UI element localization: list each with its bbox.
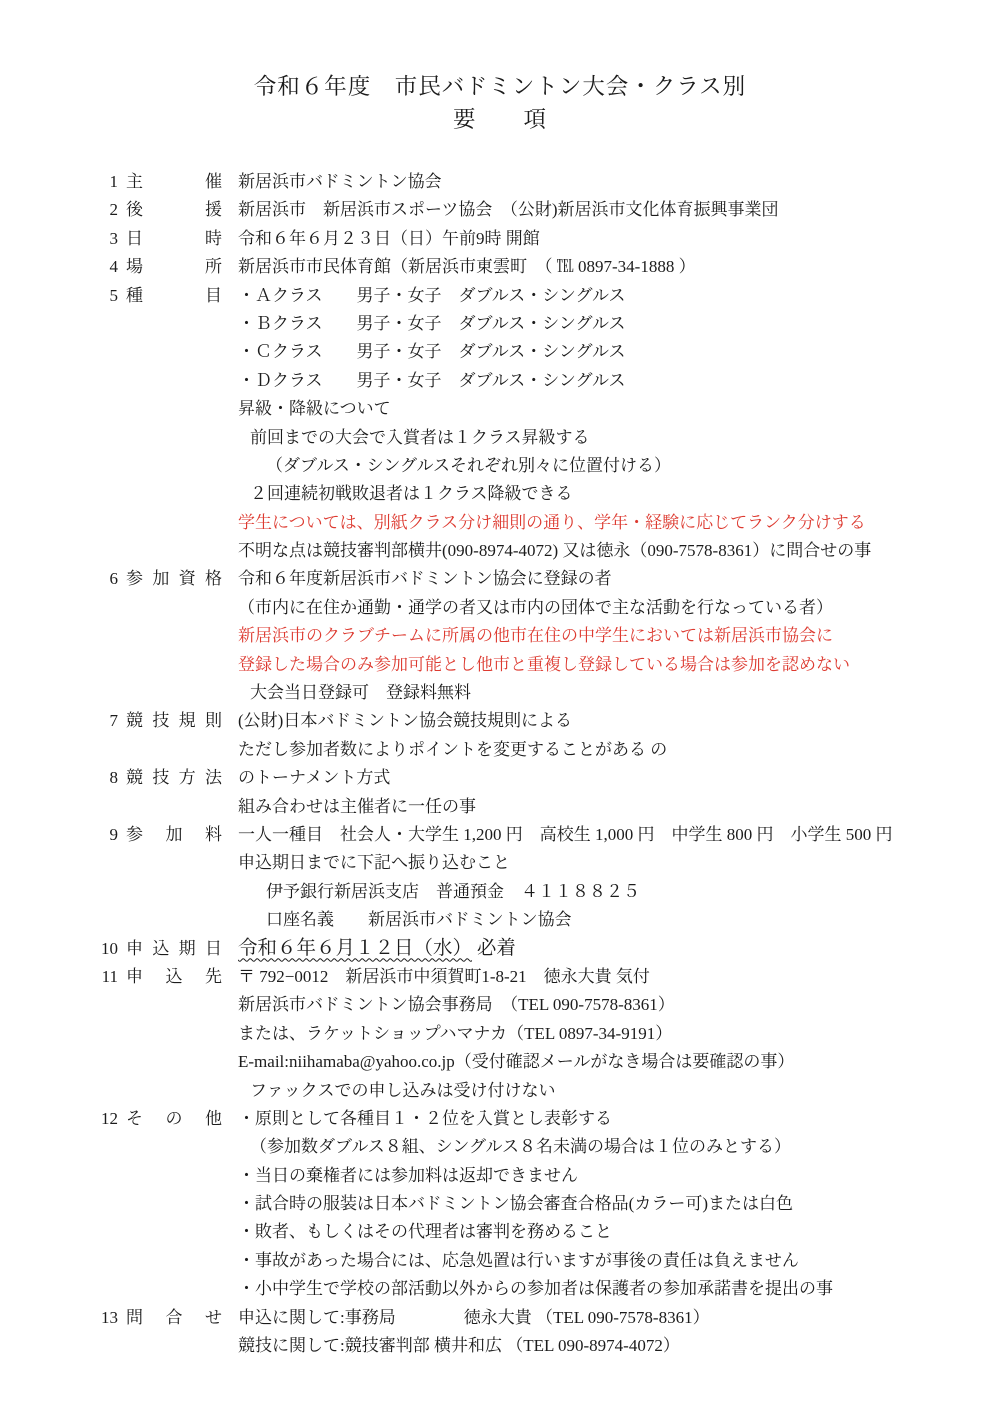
content-line: 口座名義 新居浜市バドミントン協会 [238, 906, 572, 934]
section-row: ・試合時の服装は日本バドミントン協会審査合格品(カラー可)または白色 [0, 1190, 1000, 1218]
section-row: 競技に関して:競技審判部 横井和広 （TEL 090-8974-4072） [0, 1332, 1000, 1360]
content-line: （市内に在住か通勤・通学の者又は市内の団体で主な活動を行なっている者） [238, 594, 833, 622]
section-row: ２回連続初戦敗退者は１クラス降級できる [0, 480, 1000, 508]
section-row: ・当日の棄権者には参加料は返却できません [0, 1162, 1000, 1190]
section-row: 11申込先〒 792−0012 新居浜市中須賀町1-8-21 徳永大貴 気付 [0, 963, 1000, 991]
section-row: 口座名義 新居浜市バドミントン協会 [0, 906, 1000, 934]
content-line: ・当日の棄権者には参加料は返却できません [238, 1162, 578, 1190]
document-page: 令和６年度 市民バドミントン大会・クラス別 要 項 1主催新居浜市バドミントン協… [0, 0, 1000, 1360]
content-line: 令和６年６月１２日（水） 必着 [238, 935, 516, 963]
content-line: 申込期日までに下記へ振り込むこと [238, 849, 510, 877]
section-row: 2後援新居浜市 新居浜市スポーツ協会 （公財)新居浜市文化体育振興事業団 [0, 196, 1000, 224]
section-row: 昇級・降級について [0, 395, 1000, 423]
section-row: 1主催新居浜市バドミントン協会 [0, 168, 1000, 196]
content-line: 新居浜市バドミントン協会 [238, 168, 442, 196]
content-line: 組み合わせは主催者に一任の事 [238, 793, 476, 821]
section-row: （ダブルス・シングルスそれぞれ別々に位置付ける） [0, 452, 1000, 480]
deadline-date-suffix: 必着 [472, 938, 516, 959]
section-row: 6参加資格令和６年度新居浜市バドミントン協会に登録の者 [0, 565, 1000, 593]
content-line: または、ラケットショップハマナカ（TEL 0897-34-9191） [238, 1020, 672, 1048]
content-line: (公財)日本バドミントン協会競技規則による [238, 707, 572, 735]
content-line: 伊予銀行新居浜支店 普通預金 ４１１８８２５ [238, 878, 640, 906]
content-line: 新居浜市 新居浜市スポーツ協会 （公財)新居浜市文化体育振興事業団 [238, 196, 778, 224]
section-row: 9参加料一人一種目 社会人・大学生 1,200 円 高校生 1,000 円 中学… [0, 821, 1000, 849]
content-line: 新居浜市バドミントン協会事務局 （TEL 090-7578-8361） [238, 991, 675, 1019]
section-row: ・小中学生で学校の部活動以外からの参加者は保護者の参加承諾書を提出の事 [0, 1275, 1000, 1303]
section-number: 8 [90, 764, 118, 792]
section-row: 13問合せ申込に関して:事務局 徳永大貴 （TEL 090-7578-8361） [0, 1304, 1000, 1332]
section-row: 12その他・原則として各種目１・２位を入賞とし表彰する [0, 1105, 1000, 1133]
content-line: 新居浜市市民体育館（新居浜市東雲町 （ ℡ 0897-34-1888 ） [238, 253, 696, 281]
content-line: （ダブルス・シングルスそれぞれ別々に位置付ける） [238, 452, 671, 480]
section-label: その他 [126, 1105, 222, 1133]
section-label: 申込先 [126, 963, 222, 991]
content-line: 〒 792−0012 新居浜市中須賀町1-8-21 徳永大貴 気付 [238, 963, 650, 991]
content-line: 不明な点は競技審判部横井(090-8974-4072) 又は徳永（090-757… [238, 537, 871, 565]
section-row: 3日時令和６年６月２３日（日）午前9時 開館 [0, 225, 1000, 253]
section-label: 後援 [126, 196, 222, 224]
section-row: 申込期日までに下記へ振り込むこと [0, 849, 1000, 877]
content-line: 一人一種目 社会人・大学生 1,200 円 高校生 1,000 円 中学生 80… [238, 821, 893, 849]
section-row: 不明な点は競技審判部横井(090-8974-4072) 又は徳永（090-757… [0, 537, 1000, 565]
content-line: 競技に関して:競技審判部 横井和広 （TEL 090-8974-4072） [238, 1332, 680, 1360]
section-row: 7競技規則(公財)日本バドミントン協会競技規則による [0, 707, 1000, 735]
section-row: 新居浜市のクラブチームに所属の他市在住の中学生においては新居浜市協会に [0, 622, 1000, 650]
content-line: ・原則として各種目１・２位を入賞とし表彰する [238, 1105, 612, 1133]
section-label: 主催 [126, 168, 222, 196]
content-line: ・Ａクラス 男子・女子 ダブルス・シングルス [238, 282, 626, 310]
section-row: 前回までの大会で入賞者は１クラス昇級する [0, 424, 1000, 452]
section-row: 組み合わせは主催者に一任の事 [0, 793, 1000, 821]
section-number: 2 [90, 196, 118, 224]
content-line: 令和６年６月２３日（日）午前9時 開館 [238, 225, 540, 253]
section-number: 10 [90, 935, 118, 963]
section-label: 競技規則 [126, 707, 222, 735]
content-line: ただし参加者数によりポイントを変更することがある の [238, 736, 667, 764]
section-row: ・敗者、もしくはその代理者は審判を務めること [0, 1218, 1000, 1246]
section-row: または、ラケットショップハマナカ（TEL 0897-34-9191） [0, 1020, 1000, 1048]
section-label: 種目 [126, 282, 222, 310]
section-row: 大会当日登録可 登録料無料 [0, 679, 1000, 707]
content-line: ２回連続初戦敗退者は１クラス降級できる [238, 480, 573, 508]
content-line: ・Ｂクラス 男子・女子 ダブルス・シングルス [238, 310, 626, 338]
section-row: 5種目・Ａクラス 男子・女子 ダブルス・シングルス [0, 282, 1000, 310]
deadline-date-underlined: 令和６年６月１２日（水） [238, 938, 472, 959]
section-number: 12 [90, 1105, 118, 1133]
section-label: 申込期日 [126, 935, 222, 963]
section-row: （参加数ダブルス８組、シングルス８名未満の場合は１位のみとする） [0, 1133, 1000, 1161]
section-number: 11 [90, 963, 118, 991]
section-number: 5 [90, 282, 118, 310]
section-number: 1 [90, 168, 118, 196]
document-body: 1主催新居浜市バドミントン協会2後援新居浜市 新居浜市スポーツ協会 （公財)新居… [0, 168, 1000, 1360]
content-line: ・Ｄクラス 男子・女子 ダブルス・シングルス [238, 367, 626, 395]
section-row: （市内に在住か通勤・通学の者又は市内の団体で主な活動を行なっている者） [0, 594, 1000, 622]
section-label: 日時 [126, 225, 222, 253]
section-row: ・Ｂクラス 男子・女子 ダブルス・シングルス [0, 310, 1000, 338]
section-row: 登録した場合のみ参加可能とし他市と重複し登録している場合は参加を認めない [0, 651, 1000, 679]
section-row: 伊予銀行新居浜支店 普通預金 ４１１８８２５ [0, 878, 1000, 906]
content-line: ・Ｃクラス 男子・女子 ダブルス・シングルス [238, 338, 626, 366]
section-label: 参加資格 [126, 565, 222, 593]
content-line: ファックスでの申し込みは受け付けない [238, 1077, 556, 1105]
section-label: 参加料 [126, 821, 222, 849]
section-row: ・Ｃクラス 男子・女子 ダブルス・シングルス [0, 338, 1000, 366]
section-row: 新居浜市バドミントン協会事務局 （TEL 090-7578-8361） [0, 991, 1000, 1019]
section-row: ファックスでの申し込みは受け付けない [0, 1077, 1000, 1105]
content-line: （参加数ダブルス８組、シングルス８名未満の場合は１位のみとする） [238, 1133, 791, 1161]
content-line: 大会当日登録可 登録料無料 [238, 679, 471, 707]
section-row: 学生については、別紙クラス分け細則の通り、学年・経験に応じてランク分けする [0, 509, 1000, 537]
document-subtitle: 要 項 [0, 103, 1000, 136]
section-number: 4 [90, 253, 118, 281]
content-line: のトーナメント方式 [238, 764, 390, 792]
document-title: 令和６年度 市民バドミントン大会・クラス別 [0, 70, 1000, 103]
content-line: 学生については、別紙クラス分け細則の通り、学年・経験に応じてランク分けする [238, 509, 866, 537]
content-line: 令和６年度新居浜市バドミントン協会に登録の者 [238, 565, 612, 593]
section-number: 13 [90, 1304, 118, 1332]
section-label: 場所 [126, 253, 222, 281]
section-number: 9 [90, 821, 118, 849]
section-row: 4場所新居浜市市民体育館（新居浜市東雲町 （ ℡ 0897-34-1888 ） [0, 253, 1000, 281]
section-label: 問合せ [126, 1304, 222, 1332]
content-line: 新居浜市のクラブチームに所属の他市在住の中学生においては新居浜市協会に [238, 622, 833, 650]
content-line: ・敗者、もしくはその代理者は審判を務めること [238, 1218, 612, 1246]
section-row: ただし参加者数によりポイントを変更することがある の [0, 736, 1000, 764]
content-line: 前回までの大会で入賞者は１クラス昇級する [238, 424, 590, 452]
section-row: 10申込期日令和６年６月１２日（水） 必着 [0, 935, 1000, 963]
content-line: E-mail:niihamaba@yahoo.co.jp（受付確認メールがなき場… [238, 1048, 794, 1076]
content-line: ・事故があった場合には、応急処置は行いますが事後の責任は負えません [238, 1247, 799, 1275]
section-row: ・Ｄクラス 男子・女子 ダブルス・シングルス [0, 367, 1000, 395]
section-number: 6 [90, 565, 118, 593]
content-line: ・小中学生で学校の部活動以外からの参加者は保護者の参加承諾書を提出の事 [238, 1275, 833, 1303]
section-number: 7 [90, 707, 118, 735]
section-row: E-mail:niihamaba@yahoo.co.jp（受付確認メールがなき場… [0, 1048, 1000, 1076]
content-line: ・試合時の服装は日本バドミントン協会審査合格品(カラー可)または白色 [238, 1190, 793, 1218]
section-row: ・事故があった場合には、応急処置は行いますが事後の責任は負えません [0, 1247, 1000, 1275]
section-number: 3 [90, 225, 118, 253]
section-label: 競技方法 [126, 764, 222, 792]
content-line: 昇級・降級について [238, 395, 391, 423]
section-row: 8競技方法のトーナメント方式 [0, 764, 1000, 792]
content-line: 申込に関して:事務局 徳永大貴 （TEL 090-7578-8361） [238, 1304, 710, 1332]
content-line: 登録した場合のみ参加可能とし他市と重複し登録している場合は参加を認めない [238, 651, 850, 679]
